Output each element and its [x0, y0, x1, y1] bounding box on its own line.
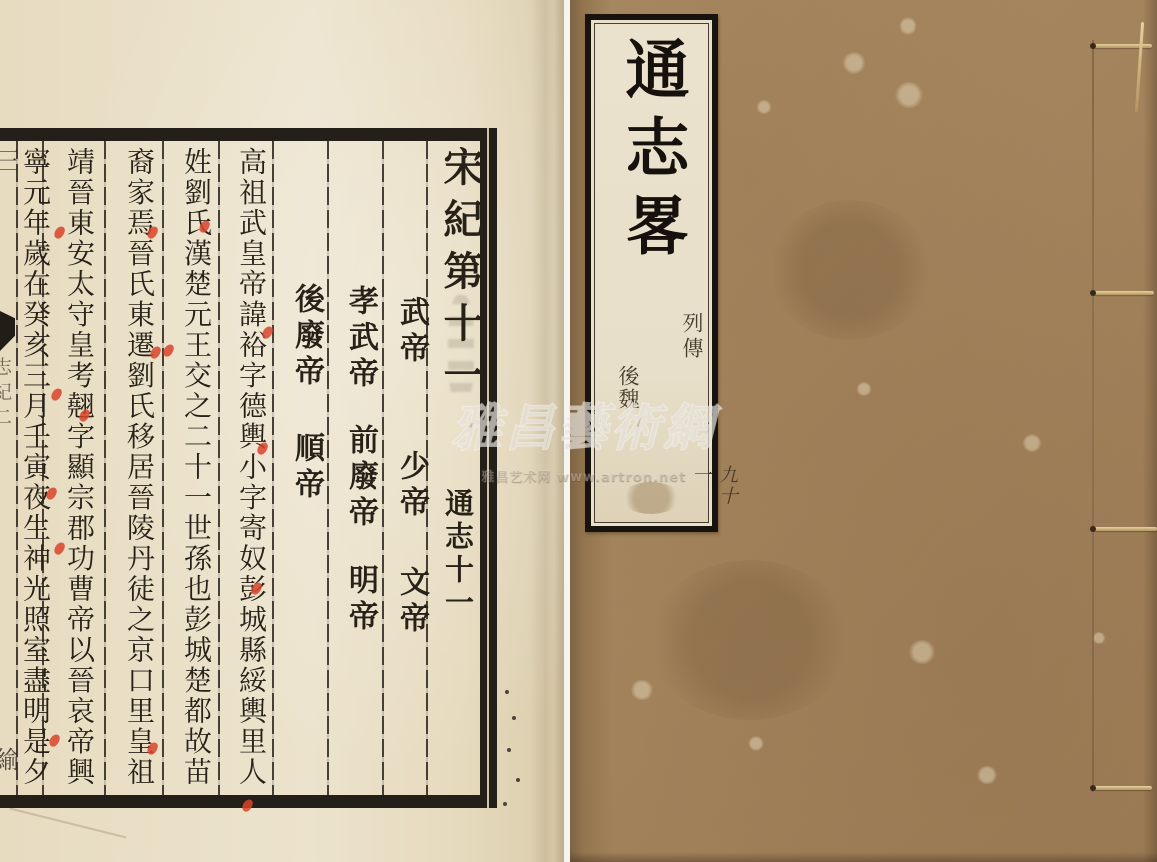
cover-title-label: 通志畧 列傳 後魏 九十一 [585, 14, 718, 532]
stain [842, 52, 866, 74]
chapter-heading: 宋紀第十一 [432, 146, 489, 406]
emperor-name: 孝武帝 [338, 285, 382, 393]
paper-crease [10, 808, 127, 839]
ink-speck [507, 748, 511, 752]
edge-fragment: 緰 [0, 747, 17, 771]
text-frame-top-border [0, 128, 497, 141]
cover-title: 通志畧 [620, 36, 684, 270]
body-text-column: 靖晉東安太守皇考翹字顯宗郡功曹帝以晉哀帝興 [59, 147, 99, 788]
emperor-name: 明帝 [338, 564, 382, 636]
ink-speck [505, 690, 509, 694]
emperor-name: 順帝 [284, 432, 328, 504]
fishtail-mark [0, 311, 15, 351]
stain [1022, 434, 1042, 452]
label-volume-number: 九十一 [687, 465, 741, 526]
book-heading: 通志十一 [438, 488, 479, 620]
stitch-hole [1090, 526, 1096, 532]
column-rule [382, 141, 384, 795]
binding-stitch [1094, 291, 1154, 295]
emperor-name: 文帝 [389, 566, 433, 638]
cover-bottom-shading [570, 852, 1157, 862]
stain [756, 100, 772, 114]
stain [908, 640, 936, 664]
ink-speck [503, 802, 507, 806]
stain [630, 680, 654, 700]
ink-speck [512, 716, 516, 720]
stain [770, 200, 930, 340]
adjacent-leaf-edge: 三 志紀二 緰 [0, 141, 17, 795]
binding-stitch [1094, 44, 1152, 48]
body-text-column: 高祖武皇帝諱裕字德輿小字寄奴彭城縣綏輿里人 [231, 147, 271, 788]
stain [976, 766, 998, 784]
stain [900, 16, 916, 36]
edge-fragment: 三 [0, 147, 17, 173]
label-stain [621, 482, 681, 514]
column-rule [272, 141, 274, 795]
stain [650, 560, 850, 720]
book-cover-photo: 通志畧 列傳 後魏 九十一 [570, 0, 1157, 862]
column-rule [218, 141, 220, 795]
stain [1092, 632, 1106, 644]
emperor-name: 武帝 [389, 296, 433, 368]
stitch-hole [1090, 290, 1096, 296]
stitch-hole [1090, 43, 1096, 49]
emperor-name: 前廢帝 [338, 424, 382, 532]
page-edge-shading [530, 0, 564, 862]
label-annotation-houwei: 後魏 [613, 365, 643, 411]
stitch-hole [1090, 785, 1096, 791]
emperor-name: 少帝 [389, 450, 433, 522]
binding-stitch [1094, 786, 1152, 790]
edge-fragment: 志紀二 [0, 357, 15, 432]
book-page-photo: 宋紀第十一 通志十一 武帝 少帝 文帝 孝武帝 前廢帝 明帝 後廢帝 順帝 高祖… [0, 0, 564, 862]
stain [856, 382, 872, 396]
binding-thread-vertical [1092, 40, 1094, 792]
body-text-column: 寧元年歲在癸亥三月壬寅夜生神光照室盡明是夕 [15, 147, 55, 788]
cover-edge-shading [1143, 0, 1157, 862]
body-text-column: 裔家焉晉氏東遷劉氏移居晉陵丹徒之京口里皇祖 [119, 147, 159, 788]
binding-stitch [1094, 527, 1157, 531]
label-annotation-liezhuan: 列傳 [677, 312, 707, 362]
stain [894, 82, 924, 108]
stain [748, 736, 764, 751]
column-rule [104, 141, 106, 795]
emperor-name: 後廢帝 [284, 283, 328, 391]
column-rule [162, 141, 164, 795]
body-text-column: 姓劉氏漢楚元王交之二十一世孫也彭城楚都故苗 [176, 147, 216, 788]
ink-speck [516, 778, 520, 782]
